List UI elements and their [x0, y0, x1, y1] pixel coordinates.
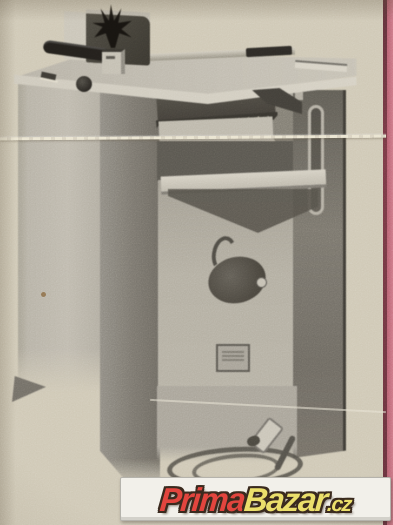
watermark-text-bazar: Bazar	[243, 483, 328, 516]
guard-mount-block	[102, 49, 125, 74]
planer-machine	[0, 0, 393, 525]
handwheel-highlight	[256, 277, 267, 288]
scan-edge-pink-strip	[387, 0, 393, 525]
watermark-box: Prima Bazar .cz	[120, 477, 391, 521]
paper-flaw-dot	[41, 292, 46, 297]
watermark-text-prima: Prima	[158, 483, 245, 516]
guard-mount-mark	[106, 56, 115, 59]
nameplate	[216, 344, 250, 372]
scanned-listing-photo[interactable]: Prima Bazar .cz	[0, 0, 393, 525]
machine-inner-column	[100, 86, 160, 487]
watermark-text: Prima Bazar .cz	[158, 483, 352, 516]
machine-left-leg	[18, 80, 100, 392]
guard-linkage-icon	[90, 2, 136, 50]
adjustment-knob	[76, 76, 92, 92]
fence-rail-end	[246, 46, 292, 57]
watermark-text-tld: .cz	[326, 494, 351, 515]
